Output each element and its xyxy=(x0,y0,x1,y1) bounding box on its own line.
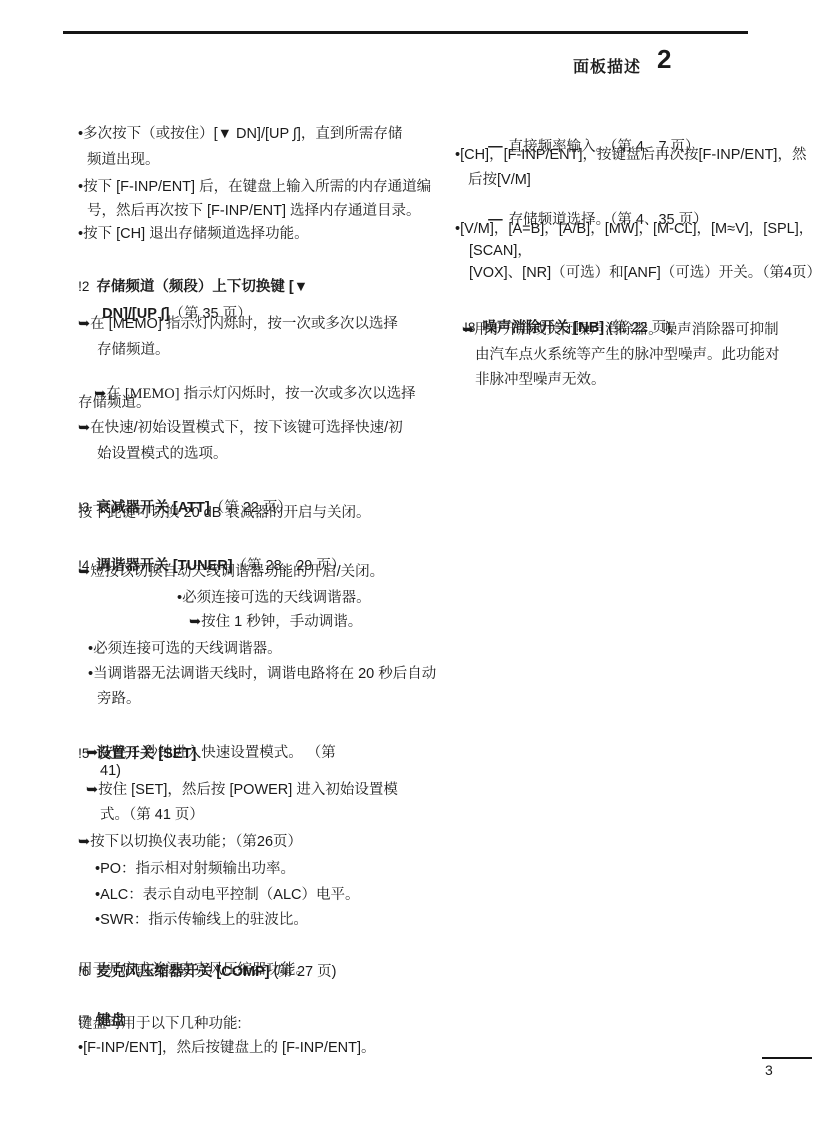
text-line: [VOX]、[NR]（可选）和[ANF]（可选）开关。（第4页） xyxy=(469,265,815,282)
manual-page: 面板描述 2 •多次按下（或按住）[▼ DN]/[UP ∫]，直到所需存储 频道… xyxy=(0,0,815,1122)
text-line: 始设置模式的选项。 xyxy=(97,446,228,463)
footer-rule xyxy=(762,1057,812,1059)
text-line: •[F-INP/ENT]，然后按键盘上的 [F-INP/ENT]。 xyxy=(78,1040,376,1057)
text-line: •按下 [CH] 退出存储频道选择功能。 xyxy=(78,226,309,243)
text: 指示灯闪烁时，按一次或多次以选择 xyxy=(180,386,416,402)
text-line: •[V/M]，[A=B]，[A/B]，[MW]，[M-CL]，[M≈V]，[SP… xyxy=(455,221,813,238)
text-line: 41) xyxy=(100,763,121,780)
text-line: ➥按住 1 秒钟，手动调谐。 xyxy=(189,614,362,631)
text-line: 用于开启或关闭麦克风压缩器功能。 xyxy=(78,962,310,979)
text-line: 按下此键可切换 20 dB 衰减器的开启与关闭。 xyxy=(78,505,370,522)
text-line: •当调谐器无法调谐天线时，调谐电路将在 20 秒后自动 xyxy=(88,666,436,683)
text-line: •必须连接可选的天线调谐器。 xyxy=(177,590,371,607)
text-line: •PO：指示相对射频输出功率。 xyxy=(95,861,295,878)
text-line: ➥按住 [SET]，然后按 [POWER] 进入初始设置模 xyxy=(86,782,398,799)
text-line: •ALC：表示自动电平控制（ALC）电平。 xyxy=(95,887,360,904)
text-line: •按下 [F-INP/ENT] 后，在键盘上输入所需的内存通道编 xyxy=(78,179,431,196)
text-line: ➥按住 1 秒钟进入快速设置模式。 （第 xyxy=(86,745,336,762)
text-line: 式。（第 41 页） xyxy=(100,807,204,824)
header-section-title: 面板描述 xyxy=(573,54,641,77)
text-line: 由汽车点火系统等产生的脉冲型噪声。此功能对 xyxy=(475,347,780,364)
text-line: ➥短按以切换自动天线调谐器功能的开启/关闭。 xyxy=(78,564,384,581)
text-line: •必须连接可选的天线调谐器。 xyxy=(88,641,282,658)
text-line: ➥在快速/初始设置模式下，按下该键可选择快速/初 xyxy=(78,420,403,437)
text-line: 频道出现。 xyxy=(87,152,160,169)
text-line: [SCAN]， xyxy=(469,243,532,260)
text-line: 旁路。 xyxy=(97,691,141,708)
text-line: 键盘可用于以下几种功能: xyxy=(78,1016,242,1033)
text-line: •SWR：指示传输线上的驻波比。 xyxy=(95,912,308,929)
text-line: 后按[V/M] xyxy=(468,172,531,189)
text-line: 非脉冲型噪声无效。 xyxy=(475,372,606,389)
header-chapter-number: 2 xyxy=(657,44,671,75)
text-line: 号，然后再次按下 [F-INP/ENT] 选择内存通道目录。 xyxy=(87,203,421,220)
text-line: •[CH]，[F-INP/ENT]，按键盘后再次按[F-INP/ENT]，然 xyxy=(455,147,806,164)
text-line: 存储频道。 xyxy=(97,342,170,359)
text-line: ➥在 [MEMO] 指示灯闪烁时，按一次或多次以选择 xyxy=(78,316,398,333)
header-rule xyxy=(63,31,748,34)
text-line: •多次按下（或按住）[▼ DN]/[UP ∫]，直到所需存储 xyxy=(78,126,402,143)
page-number: 3 xyxy=(765,1062,773,1078)
text-line: ➥按下以切换仪表功能；（第26页） xyxy=(78,834,302,851)
text-line: 存储频道。 xyxy=(78,395,151,412)
text-line: ➥用于开启或关闭噪声消除器。噪声消除器可抑制 xyxy=(462,322,779,339)
